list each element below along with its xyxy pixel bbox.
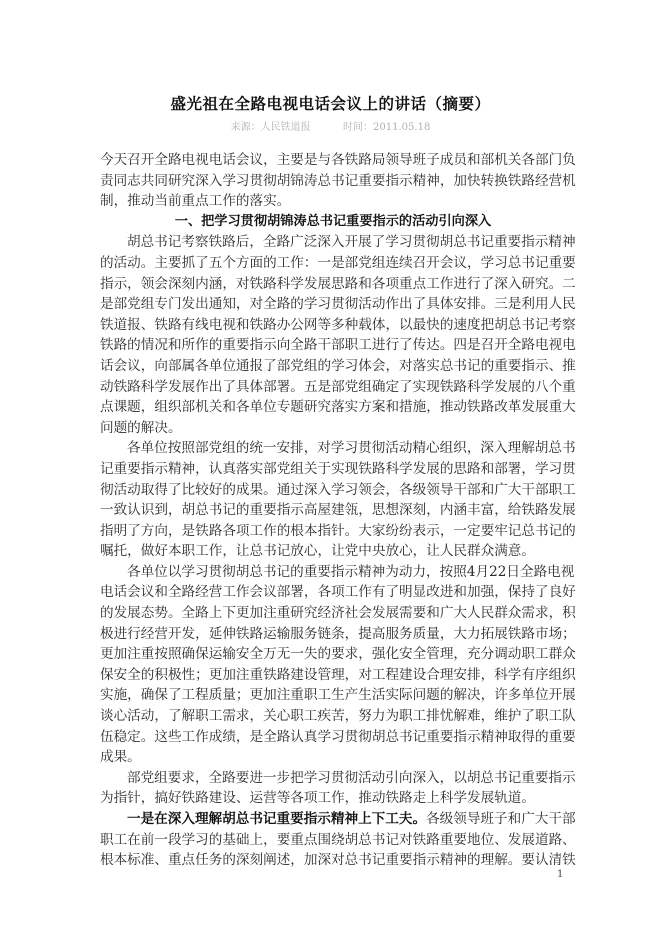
body-line: 电话会议和全路经营工作会议部署，各项工作有了明显改进和加强，保持了良好 (100, 582, 566, 603)
body-line: 制，推动当前重点工作的落实。 (100, 191, 566, 212)
document-meta: 来源：人民铁道报 时间：2011.05.18 (0, 118, 661, 133)
paragraph-start-line: 各单位以学习贯彻胡总书记的重要指示精神为动力，按照4月22日全路电视 (100, 562, 566, 583)
body-line: 成果。 (100, 747, 566, 768)
body-line: 是部党组专门发出通知，对全路的学习贯彻活动作出了具体安排。三是利用人民 (100, 294, 566, 315)
body-line: 的发展态势。全路上下更加注重研究经济社会发展需要和广大人民群众需求，积 (100, 603, 566, 624)
body-line: 保安全的积极性；更加注重铁路建设管理，对工程建设合理安排，科学有序组织 (100, 665, 566, 686)
body-line: 铁路的情况和所作的重要指示向全路干部职工进行了传达。四是召开全路电视电 (100, 335, 566, 356)
time-label: 时间：2011.05.18 (343, 118, 430, 133)
source-label: 来源：人民铁道报 (231, 118, 311, 133)
body-line: 动铁路科学发展作出了具体部署。五是部党组确定了实现铁路科学发展的八个重 (100, 377, 566, 398)
body-line: 责同志共同研究深入学习贯彻胡锦涛总书记重要指示精神，加快转换铁路经营机 (100, 171, 566, 192)
paragraph-start-line: 各单位按照部党组的统一安排，对学习贯彻活动精心组织，深入理解胡总书 (100, 438, 566, 459)
document-title: 盛光祖在全路电视电话会议上的讲话（摘要） (0, 92, 661, 114)
body-line: 今天召开全路电视电话会议，主要是与各铁路局领导班子成员和部机关各部门负 (100, 150, 566, 171)
body-line: 根本标准、重点任务的深刻阐述，加深对总书记重要指示精神的理解。要认清铁 (100, 850, 566, 871)
body-line: 极进行经营开发，延伸铁路运输服务链条，提高服务质量，大力拓展铁路市场； (100, 624, 566, 645)
body-line: 铁道报、铁路有线电视和铁路办公网等多种载体，以最快的速度把胡总书记考察 (100, 315, 566, 336)
body-line: 谈心活动，了解职工需求，关心职工疾苦，努力为职工排忧解难，维护了职工队 (100, 706, 566, 727)
body-line: 嘱托，做好本职工作，让总书记放心，让党中央放心，让人民群众满意。 (100, 541, 566, 562)
body-line: 指示，领会深刻内涵，对铁路科学发展思路和各项重点工作进行了深入研究。二 (100, 274, 566, 295)
document-body: 今天召开全路电视电话会议，主要是与各铁路局领导班子成员和部机关各部门负 责同志共… (100, 150, 566, 871)
body-line: 话会议，向部属各单位通报了部党组的学习体会，对落实总书记的重要指示、推 (100, 356, 566, 377)
body-line: 的活动。主要抓了五个方面的工作：一是部党组连续召开会议，学习总书记重要 (100, 253, 566, 274)
paragraph-start-line: 胡总书记考察铁路后，全路广泛深入开展了学习贯彻胡总书记重要指示精神 (100, 232, 566, 253)
page-number: 1 (557, 869, 563, 880)
body-line: 更加注重按照确保运输安全万无一失的要求，强化安全管理，充分调动职工群众 (100, 644, 566, 665)
body-line: 实施，确保了工程质量；更加注重职工生产生活实际问题的解决，许多单位开展 (100, 685, 566, 706)
paragraph-start-line: 部党组要求，全路要进一步把学习贯彻活动引向深入，以胡总书记重要指示 (100, 768, 566, 789)
line-text: 各级领导班子和广大干部 (426, 811, 576, 827)
body-line: 一致认识到，胡总书记的重要指示高屋建瓴，思想深刻，内涵丰富，给铁路发展 (100, 500, 566, 521)
section-heading: 一、把学习贯彻胡锦涛总书记重要指示的活动引向深入 (100, 212, 566, 233)
body-line: 问题的解决。 (100, 418, 566, 439)
bold-lead-sentence: 一是在深入理解胡总书记重要指示精神上下工夫。 (127, 811, 426, 827)
body-line: 职工在前一段学习的基础上，要重点围绕胡总书记对铁路重要地位、发展道路、 (100, 830, 566, 851)
body-line: 记重要指示精神，认真落实部党组关于实现铁路科学发展的思路和部署，学习贯 (100, 459, 566, 480)
body-line: 点课题，组织部机关和各单位专题研究落实方案和措施，推动铁路改革发展重大 (100, 397, 566, 418)
document-page: 盛光祖在全路电视电话会议上的讲话（摘要） 来源：人民铁道报 时间：2011.05… (0, 0, 661, 935)
body-line: 彻活动取得了比较好的成果。通过深入学习领会，各级领导干部和广大干部职工 (100, 480, 566, 501)
paragraph-start-line: 一是在深入理解胡总书记重要指示精神上下工夫。各级领导班子和广大干部 (100, 809, 566, 830)
body-line: 伍稳定。这些工作成绩，是全路认真学习贯彻胡总书记重要指示精神取得的重要 (100, 727, 566, 748)
body-line: 为指针，搞好铁路建设、运营等各项工作，推动铁路走上科学发展轨道。 (100, 788, 566, 809)
body-line: 指明了方向，是铁路各项工作的根本指针。大家纷纷表示，一定要牢记总书记的 (100, 521, 566, 542)
